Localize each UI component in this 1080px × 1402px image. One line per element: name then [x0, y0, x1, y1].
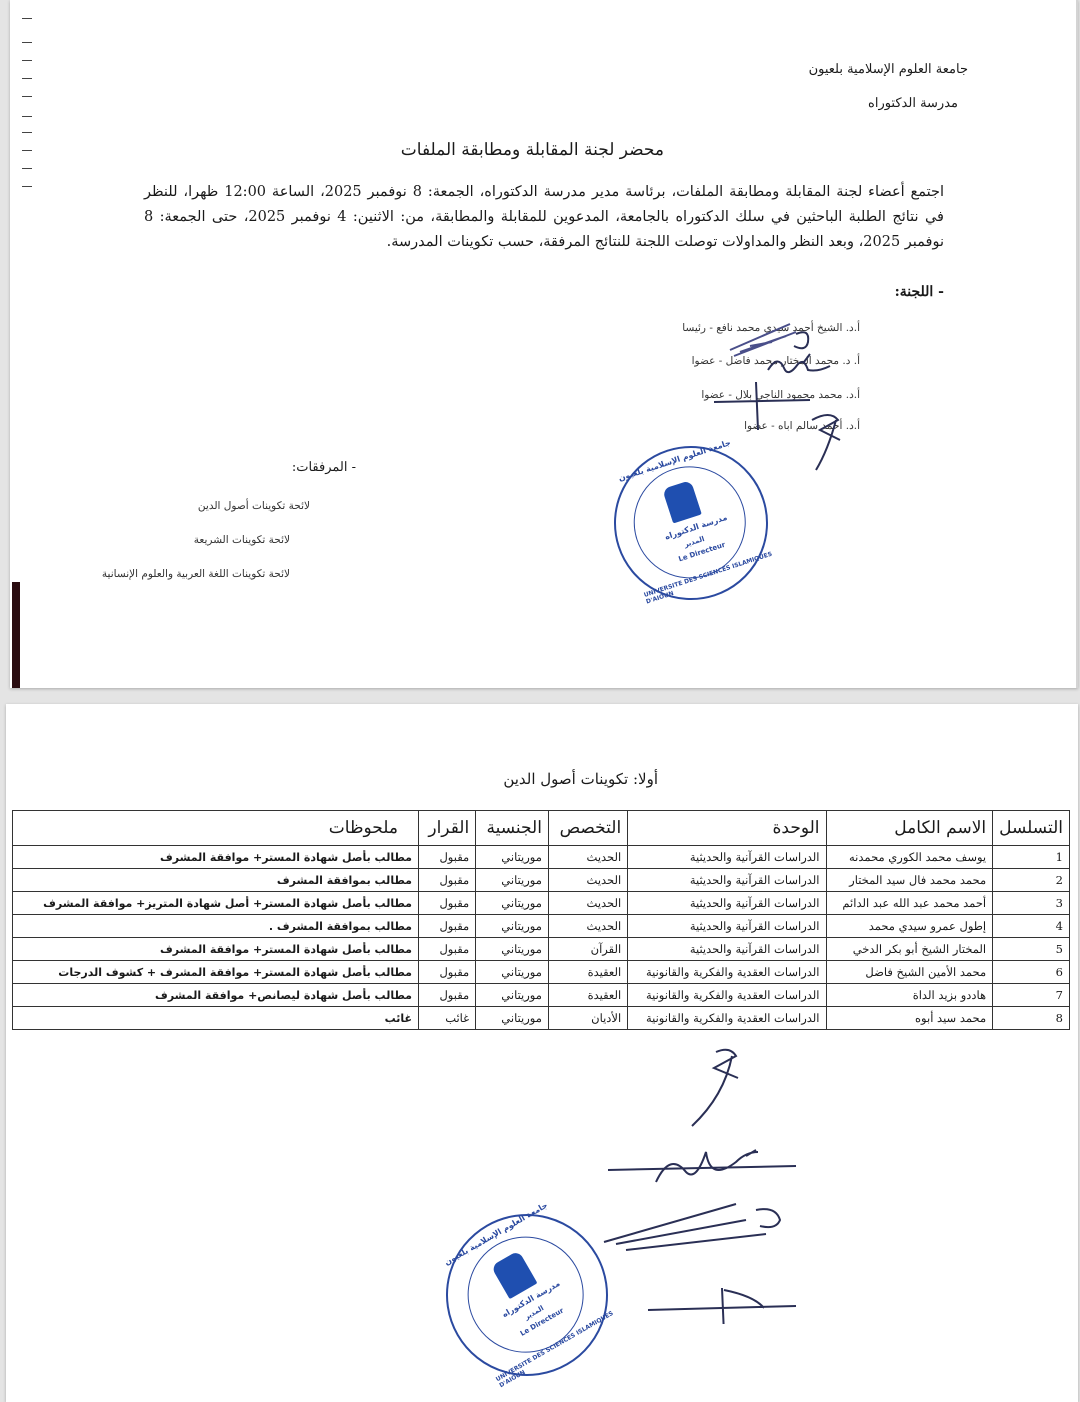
cell-specialty: العقيدة: [548, 984, 627, 1007]
table-header-row: التسلسل الاسم الكامل الوحدة التخصص الجنس…: [13, 811, 1070, 846]
cell-unit: الدراسات القرآنية والحديثية: [628, 915, 826, 938]
cell-full-name: محمد الأمين الشيخ فاضل: [826, 961, 993, 984]
document-page-2: أولا: تكوينات أصول الدين التسلسل الاسم ا…: [6, 704, 1078, 1402]
cell-nationality: موريتاني: [476, 984, 549, 1007]
cell-notes: مطالب بموافقة المشرف .: [13, 915, 419, 938]
school-name: مدرسة الدكتوراه: [868, 96, 958, 111]
column-header-full-name: الاسم الكامل: [826, 811, 993, 846]
cell-serial: 3: [993, 892, 1070, 915]
cell-unit: الدراسات القرآنية والحديثية: [628, 892, 826, 915]
table-row: 3أحمد محمد عبد الله عبد الدائمالدراسات ا…: [13, 892, 1070, 915]
results-table: التسلسل الاسم الكامل الوحدة التخصص الجنس…: [12, 810, 1070, 1030]
attachments-heading: - المرفقات:: [292, 460, 356, 475]
cell-nationality: موريتاني: [476, 915, 549, 938]
cell-serial: 5: [993, 938, 1070, 961]
cell-notes: مطالب بأصل شهادة المستر+ موافقة المشرف: [13, 938, 419, 961]
cell-specialty: الحديث: [548, 892, 627, 915]
signature-icon: [806, 400, 866, 480]
cell-full-name: أحمد محمد عبد الله عبد الدائم: [826, 892, 993, 915]
column-header-decision: القرار: [418, 811, 475, 846]
cell-decision: مقبول: [418, 892, 475, 915]
cell-specialty: الأديان: [548, 1007, 627, 1030]
cell-nationality: موريتاني: [476, 892, 549, 915]
cell-nationality: موريتاني: [476, 846, 549, 869]
cell-decision: مقبول: [418, 869, 475, 892]
column-header-unit: الوحدة: [628, 811, 826, 846]
cell-full-name: إطول عمرو سيدي محمد: [826, 915, 993, 938]
cell-notes: مطالب بأصل شهادة ليصانص+ موافقة المشرف: [13, 984, 419, 1007]
cell-unit: الدراسات القرآنية والحديثية: [628, 938, 826, 961]
cell-decision: مقبول: [418, 938, 475, 961]
section-title: أولا: تكوينات أصول الدين: [503, 770, 658, 788]
table-row: 5المختار الشيخ أبو بكر الدخيالدراسات الق…: [13, 938, 1070, 961]
table-row: 6محمد الأمين الشيخ فاضلالدراسات العقدية …: [13, 961, 1070, 984]
document-page-1: جامعة العلوم الإسلامية بلعيون مدرسة الدك…: [10, 0, 1078, 688]
signature-icon: [596, 1044, 806, 1324]
cell-notes: غائب: [13, 1007, 419, 1030]
cell-notes: مطالب بأصل شهادة المستر+ موافقة المشرف: [13, 846, 419, 869]
table-row: 8محمد سيد أبوهالدراسات العقدية والفكرية …: [13, 1007, 1070, 1030]
university-name: جامعة العلوم الإسلامية بلعيون: [809, 62, 968, 77]
cell-serial: 1: [993, 846, 1070, 869]
cell-nationality: موريتاني: [476, 938, 549, 961]
cell-specialty: الحديث: [548, 869, 627, 892]
binding-edge-bar: [12, 582, 20, 688]
cell-notes: مطالب بأصل شهادة المستر+ موافقة المشرف +…: [13, 961, 419, 984]
table-row: 2محمد محمد فال سيد المختارالدراسات القرآ…: [13, 869, 1070, 892]
cell-decision: مقبول: [418, 961, 475, 984]
column-header-specialty: التخصص: [548, 811, 627, 846]
cell-specialty: القرآن: [548, 938, 627, 961]
table-row: 7هاددو بزيد الداةالدراسات العقدية والفكر…: [13, 984, 1070, 1007]
cell-unit: الدراسات العقدية والفكرية والقانونية: [628, 1007, 826, 1030]
cell-nationality: موريتاني: [476, 869, 549, 892]
column-header-serial: التسلسل: [993, 811, 1070, 846]
column-header-nationality: الجنسية: [476, 811, 549, 846]
table-row: 1يوسف محمد الكوري محمدنهالدراسات القرآني…: [13, 846, 1070, 869]
cell-unit: الدراسات العقدية والفكرية والقانونية: [628, 961, 826, 984]
cell-specialty: العقيدة: [548, 961, 627, 984]
cell-unit: الدراسات القرآنية والحديثية: [628, 846, 826, 869]
document-title: محضر لجنة المقابلة ومطابقة الملفات: [401, 140, 664, 160]
cell-full-name: المختار الشيخ أبو بكر الدخي: [826, 938, 993, 961]
cell-serial: 2: [993, 869, 1070, 892]
cell-full-name: محمد سيد أبوه: [826, 1007, 993, 1030]
cell-serial: 4: [993, 915, 1070, 938]
cell-notes: مطالب بموافقة المشرف: [13, 869, 419, 892]
cell-decision: مقبول: [418, 915, 475, 938]
cell-full-name: هاددو بزيد الداة: [826, 984, 993, 1007]
cell-unit: الدراسات القرآنية والحديثية: [628, 869, 826, 892]
cell-decision: غائب: [418, 1007, 475, 1030]
column-header-notes: ملحوظات: [13, 811, 419, 846]
attachment-item: لائحة تكوينات الشريعة: [194, 534, 290, 546]
committee-heading: - اللجنة:: [895, 284, 944, 300]
cell-unit: الدراسات العقدية والفكرية والقانونية: [628, 984, 826, 1007]
cell-decision: مقبول: [418, 846, 475, 869]
cell-nationality: موريتاني: [476, 1007, 549, 1030]
table-row: 4إطول عمرو سيدي محمدالدراسات القرآنية وا…: [13, 915, 1070, 938]
cell-nationality: موريتاني: [476, 961, 549, 984]
minutes-paragraph: اجتمع أعضاء لجنة المقابلة ومطابقة الملفا…: [144, 180, 944, 255]
cell-serial: 6: [993, 961, 1070, 984]
cell-specialty: الحديث: [548, 846, 627, 869]
attachment-item: لائحة تكوينات أصول الدين: [198, 500, 310, 512]
cell-serial: 7: [993, 984, 1070, 1007]
cell-decision: مقبول: [418, 984, 475, 1007]
cell-full-name: محمد محمد فال سيد المختار: [826, 869, 993, 892]
cell-notes: مطالب بأصل شهادة المستر+ أصل شهادة المتر…: [13, 892, 419, 915]
attachment-item: لائحة تكوينات اللغة العربية والعلوم الإن…: [102, 568, 290, 580]
cell-serial: 8: [993, 1007, 1070, 1030]
cell-specialty: الحديث: [548, 915, 627, 938]
cell-full-name: يوسف محمد الكوري محمدنه: [826, 846, 993, 869]
official-stamp: جامعة العلوم الإسلامية بلعيون UNIVERSITE…: [594, 426, 788, 620]
